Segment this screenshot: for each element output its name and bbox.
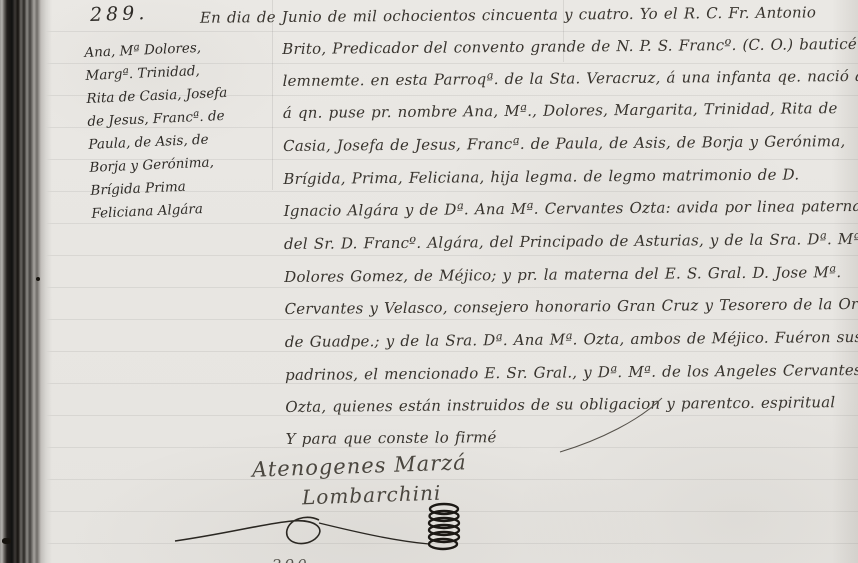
record-body-text: En dia de Junio de mil ochocientos cincu… <box>0 0 858 563</box>
body-line: En dia de Junio de mil ochocientos cincu… <box>200 3 816 26</box>
body-line: Cervantes y Velasco, consejero honorario… <box>284 295 858 318</box>
scanned-register-page: 289. Ana, Mª Dolores, Margª. Trinidad, R… <box>0 0 858 563</box>
body-line: lemnemte. en esta Parroqª. de la Sta. Ve… <box>282 67 858 90</box>
body-line: Ignacio Algára y de Dª. Ana Mª. Cervante… <box>284 197 858 220</box>
body-line: Y para que conste lo firmé <box>286 428 497 448</box>
body-line: del Sr. D. Francº. Algára, del Principad… <box>284 230 858 253</box>
body-line: Brito, Predicador del convento grande de… <box>282 35 858 58</box>
body-line: Dolores Gomez, de Méjico; y pr. la mater… <box>284 263 841 286</box>
body-line: Ozta, quienes están instruidos de su obl… <box>285 393 835 416</box>
body-line: Brígida, Prima, Feliciana, hija legma. d… <box>283 165 799 188</box>
body-line: á qn. puse pr. nombre Ana, Mª., Dolores,… <box>283 99 838 122</box>
body-line: Casia, Josefa de Jesus, Francª. de Paula… <box>283 132 845 155</box>
signature-surname: Lombarchini <box>302 481 442 510</box>
body-line: padrinos, el mencionado E. Sr. Gral., y … <box>285 361 858 384</box>
body-line: de Guadpe.; y de la Sra. Dª. Ana Mª. Ozt… <box>285 328 858 351</box>
next-entry-number-fragment: 290 <box>272 556 310 563</box>
